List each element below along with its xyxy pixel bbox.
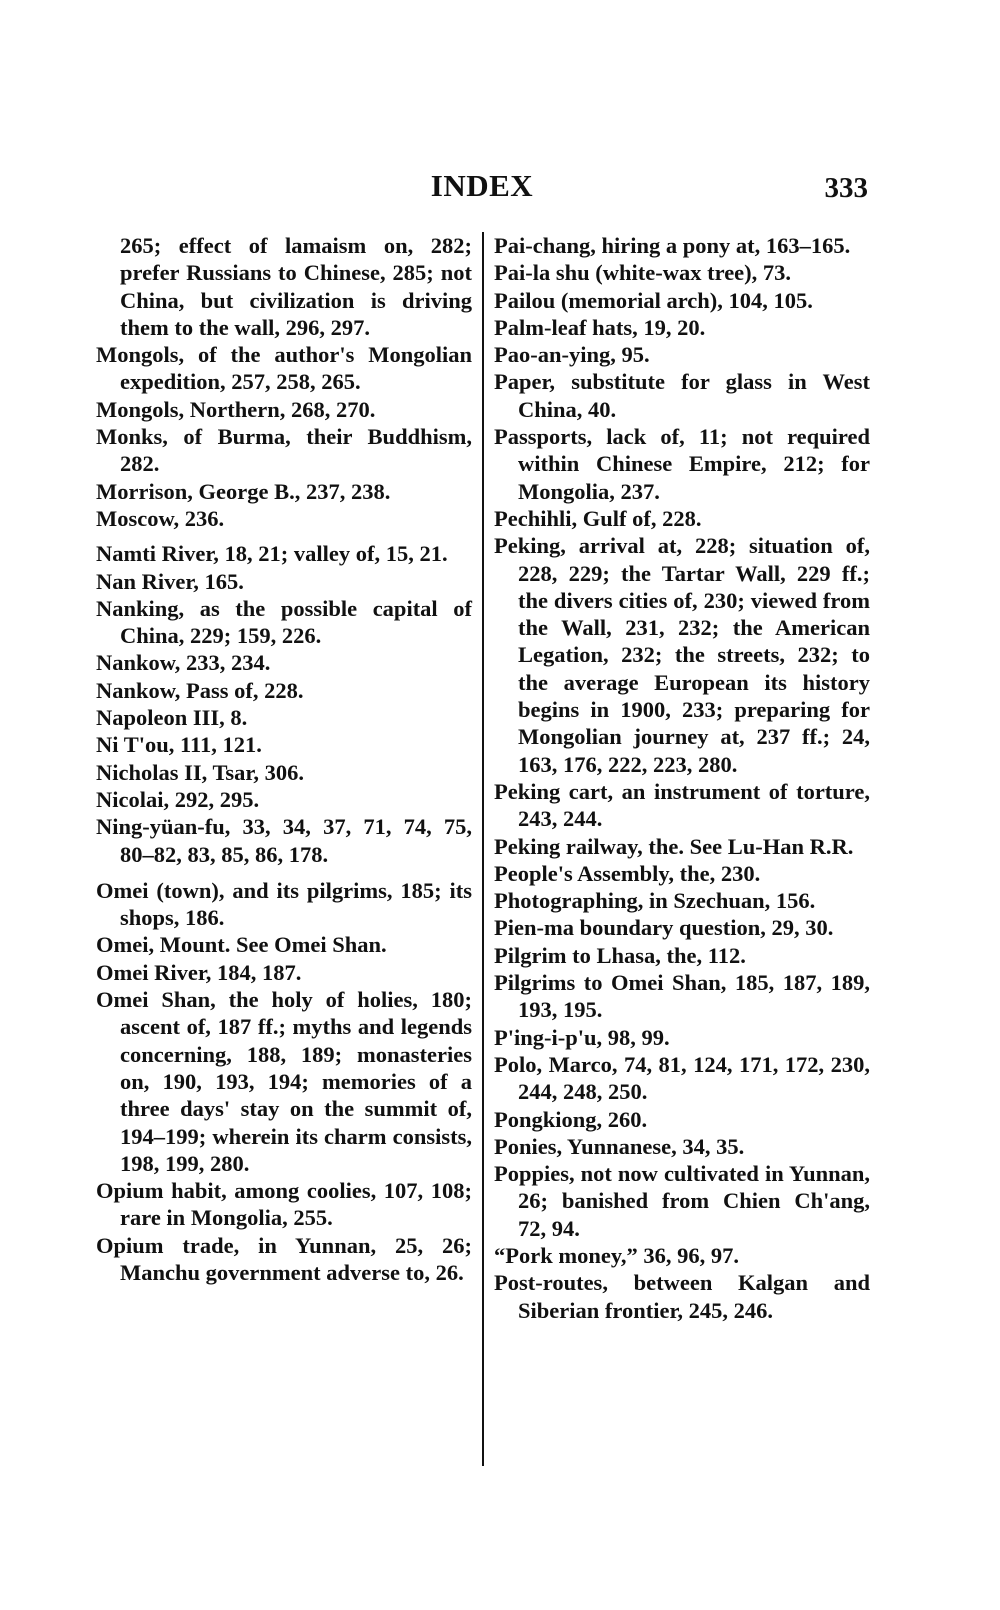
- index-entry: Omei, Mount. See Omei Shan.: [96, 931, 472, 958]
- index-entry: Passports, lack of, 11; not required wit…: [494, 423, 870, 505]
- index-column-left: 265; effect of lamaism on, 282; prefer R…: [96, 232, 472, 1286]
- index-entry: P'ing-i-p'u, 98, 99.: [494, 1024, 870, 1051]
- page-title: INDEX: [96, 168, 868, 204]
- index-entry: Napoleon III, 8.: [96, 704, 472, 731]
- index-entry: Post-routes, between Kalgan and Siberian…: [494, 1269, 870, 1324]
- index-entry: Polo, Marco, 74, 81, 124, 171, 172, 230,…: [494, 1051, 870, 1106]
- index-entry: Pongkiong, 260.: [494, 1106, 870, 1133]
- index-entry: Nanking, as the possible capital of Chin…: [96, 595, 472, 650]
- index-entry: Pien-ma boundary question, 29, 30.: [494, 914, 870, 941]
- index-entry: Mongols, Northern, 268, 270.: [96, 396, 472, 423]
- index-entry: Ponies, Yunnanese, 34, 35.: [494, 1133, 870, 1160]
- index-entry: Pao-an-ying, 95.: [494, 341, 870, 368]
- index-entry: Pai-chang, hiring a pony at, 163–165.: [494, 232, 870, 259]
- index-entry: 265; effect of lamaism on, 282; prefer R…: [96, 232, 472, 341]
- index-entry: Nicolai, 292, 295.: [96, 786, 472, 813]
- index-entry: Morrison, George B., 237, 238.: [96, 478, 472, 505]
- index-entry: Poppies, not now cultivated in Yunnan, 2…: [494, 1160, 870, 1242]
- index-entry: Peking cart, an instrument of torture, 2…: [494, 778, 870, 833]
- index-entry: Peking railway, the. See Lu-Han R.R.: [494, 833, 870, 860]
- index-entry: Photographing, in Szechuan, 156.: [494, 887, 870, 914]
- index-entry: Ni T'ou, 111, 121.: [96, 731, 472, 758]
- index-entry: Omei (town), and its pilgrims, 185; its …: [96, 877, 472, 932]
- index-entry: Omei River, 184, 187.: [96, 959, 472, 986]
- index-entry: Ning-yüan-fu, 33, 34, 37, 71, 74, 75, 80…: [96, 813, 472, 868]
- index-entry: Pilgrims to Omei Shan, 185, 187, 189, 19…: [494, 969, 870, 1024]
- index-entry: Nankow, Pass of, 228.: [96, 677, 472, 704]
- index-entry: Opium habit, among coolies, 107, 108; ra…: [96, 1177, 472, 1232]
- page-number: 333: [825, 172, 869, 205]
- index-entry: Pai-la shu (white-wax tree), 73.: [494, 259, 870, 286]
- index-entry: Moscow, 236.: [96, 505, 472, 532]
- index-entry: Pailou (memorial arch), 104, 105.: [494, 287, 870, 314]
- index-entry: Pilgrim to Lhasa, the, 112.: [494, 942, 870, 969]
- index-entry: Nicholas II, Tsar, 306.: [96, 759, 472, 786]
- index-entry: Peking, arrival at, 228; situation of, 2…: [494, 532, 870, 778]
- index-entry: Nankow, 233, 234.: [96, 649, 472, 676]
- index-column-right: Pai-chang, hiring a pony at, 163–165. Pa…: [494, 232, 870, 1324]
- index-entry: Pechihli, Gulf of, 228.: [494, 505, 870, 532]
- index-entry: Mongols, of the author's Mongolian exped…: [96, 341, 472, 396]
- index-entry: People's Assembly, the, 230.: [494, 860, 870, 887]
- index-entry: Nan River, 165.: [96, 568, 472, 595]
- page-header: INDEX 333: [96, 168, 868, 208]
- index-entry: Paper, substitute for glass in West Chin…: [494, 368, 870, 423]
- index-entry: Opium trade, in Yunnan, 25, 26; Manchu g…: [96, 1232, 472, 1287]
- index-entry: Monks, of Burma, their Buddhism, 282.: [96, 423, 472, 478]
- index-entry: Palm-leaf hats, 19, 20.: [494, 314, 870, 341]
- index-entry: “Pork money,” 36, 96, 97.: [494, 1242, 870, 1269]
- index-entry: Namti River, 18, 21; valley of, 15, 21.: [96, 540, 472, 567]
- column-divider: [482, 232, 484, 1466]
- index-entry: Omei Shan, the holy of holies, 180; asce…: [96, 986, 472, 1177]
